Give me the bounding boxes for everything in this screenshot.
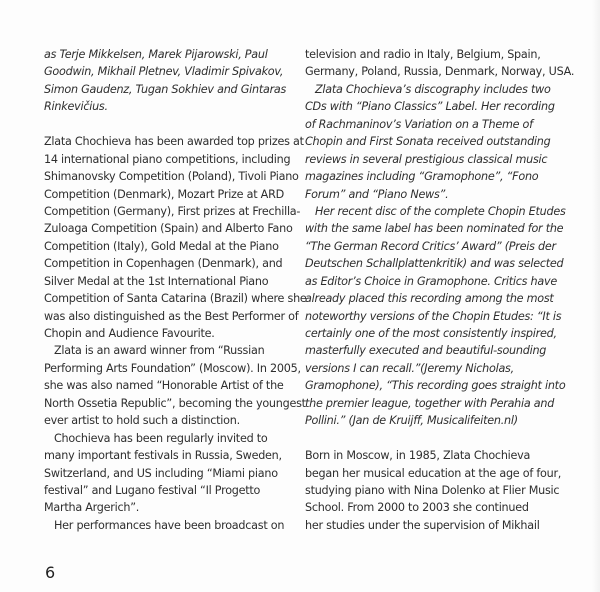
paragraph-gap xyxy=(44,116,294,133)
text-line: of Rachmaninov’s Variation on a Theme of xyxy=(305,116,550,133)
text-line: Chopin and First Sonata received outstan… xyxy=(305,133,550,150)
text-line: “The German Record Critics’ Award” (Prei… xyxy=(305,238,550,255)
text-line: Pollini.” (Jan de Kruijff, Musicalifeite… xyxy=(305,412,550,429)
intro-paragraph: as Terje Mikkelsen, Marek Pijarowski, Pa… xyxy=(44,46,294,116)
award-paragraph: Zlata is an award winner from “Russian P… xyxy=(44,342,294,429)
text-line: she was also named “Honorable Artist of … xyxy=(44,377,294,394)
page-number: 6 xyxy=(45,563,55,582)
text-line: Competition (Italy), Gold Medal at the P… xyxy=(44,238,294,255)
text-line: versions I can recall.”(Jeremy Nicholas, xyxy=(305,360,550,377)
text-line: reviews in several prestigious classical… xyxy=(305,151,550,168)
text-line: Zlata is an award winner from “Russian xyxy=(44,342,294,359)
text-line: Deutschen Schallplattenkritik) and was s… xyxy=(305,255,550,272)
text-line: Chopin and Audience Favourite. xyxy=(44,325,294,342)
text-line: noteworthy versions of the Chopin Etudes… xyxy=(305,308,550,325)
broadcast-paragraph-start: Her performances have been broadcast on xyxy=(44,517,294,534)
text-line: as Terje Mikkelsen, Marek Pijarowski, Pa… xyxy=(44,46,294,63)
text-line: Gramophone), “This recording goes straig… xyxy=(305,377,550,394)
discography-paragraph: Zlata Chochieva’s discography includes t… xyxy=(305,81,550,203)
text-line: ever artist to hold such a distinction. xyxy=(44,412,294,429)
text-line: Her performances have been broadcast on xyxy=(44,517,294,534)
text-line: Zlata Chochieva has been awarded top pri… xyxy=(44,133,294,150)
text-line: Competition (Denmark), Mozart Prize at A… xyxy=(44,186,294,203)
biography-paragraph: Born in Moscow, in 1985, Zlata Chochieva… xyxy=(305,447,550,534)
text-line: many important festivals in Russia, Swed… xyxy=(44,447,294,464)
text-line: Competition in Copenhagen (Denmark), and xyxy=(44,255,294,272)
text-line: with the same label has been nominated f… xyxy=(305,220,550,237)
text-line: Her recent disc of the complete Chopin E… xyxy=(305,203,550,220)
text-line: television and radio in Italy, Belgium, … xyxy=(305,46,550,63)
text-line: festival” and Lugano festival “Il Proget… xyxy=(44,482,294,499)
text-line: Shimanovsky Competition (Poland), Tivoli… xyxy=(44,168,294,185)
left-column: as Terje Mikkelsen, Marek Pijarowski, Pa… xyxy=(44,46,294,534)
text-line: CDs with “Piano Classics” Label. Her rec… xyxy=(305,98,550,115)
prizes-paragraph: Zlata Chochieva has been awarded top pri… xyxy=(44,133,294,342)
text-line: Forum” and “Piano News”. xyxy=(305,186,550,203)
recent-disc-paragraph: Her recent disc of the complete Chopin E… xyxy=(305,203,550,430)
text-line: Competition of Santa Catarina (Brazil) w… xyxy=(44,290,294,307)
text-line: certainly one of the most consistently i… xyxy=(305,325,550,342)
text-line: 14 international piano competitions, inc… xyxy=(44,151,294,168)
text-line: Chochieva has been regularly invited to xyxy=(44,430,294,447)
text-line: Silver Medal at the 1st International Pi… xyxy=(44,273,294,290)
text-line: Martha Argerich”. xyxy=(44,499,294,516)
text-line: the premier league, together with Perahi… xyxy=(305,395,550,412)
text-line: Competition (Germany), First prizes at F… xyxy=(44,203,294,220)
text-line: began her musical education at the age o… xyxy=(305,465,550,482)
text-line: North Ossetia Republic”, becoming the yo… xyxy=(44,395,294,412)
page-edge xyxy=(592,0,600,592)
text-line: already placed this recording among the … xyxy=(305,290,550,307)
text-line: was also distinguished as the Best Perfo… xyxy=(44,308,294,325)
text-line: masterfully executed and beautiful-sound… xyxy=(305,342,550,359)
text-line: Goodwin, Mikhail Pletnev, Vladimir Spiva… xyxy=(44,63,294,80)
right-column: television and radio in Italy, Belgium, … xyxy=(305,46,550,534)
text-line: Zuloaga Competition (Spain) and Alberto … xyxy=(44,220,294,237)
text-line: studying piano with Nina Dolenko at Flie… xyxy=(305,482,550,499)
broadcast-paragraph-end: television and radio in Italy, Belgium, … xyxy=(305,46,550,81)
text-line: Simon Gaudenz, Tugan Sokhiev and Gintara… xyxy=(44,81,294,98)
festivals-paragraph: Chochieva has been regularly invited to … xyxy=(44,430,294,517)
text-line: Rinkevičius. xyxy=(44,98,294,115)
paragraph-gap xyxy=(305,430,550,447)
text-line: as Editor’s Choice in Gramophone. Critic… xyxy=(305,273,550,290)
text-line: Germany, Poland, Russia, Denmark, Norway… xyxy=(305,63,550,80)
text-line: Born in Moscow, in 1985, Zlata Chochieva xyxy=(305,447,550,464)
text-line: her studies under the supervision of Mik… xyxy=(305,517,550,534)
text-line: magazines including “Gramophone”, “Fono xyxy=(305,168,550,185)
text-line: Zlata Chochieva’s discography includes t… xyxy=(305,81,550,98)
text-line: Performing Arts Foundation” (Moscow). In… xyxy=(44,360,294,377)
text-line: Switzerland, and US including “Miami pia… xyxy=(44,465,294,482)
text-line: School. From 2000 to 2003 she continued xyxy=(305,499,550,516)
